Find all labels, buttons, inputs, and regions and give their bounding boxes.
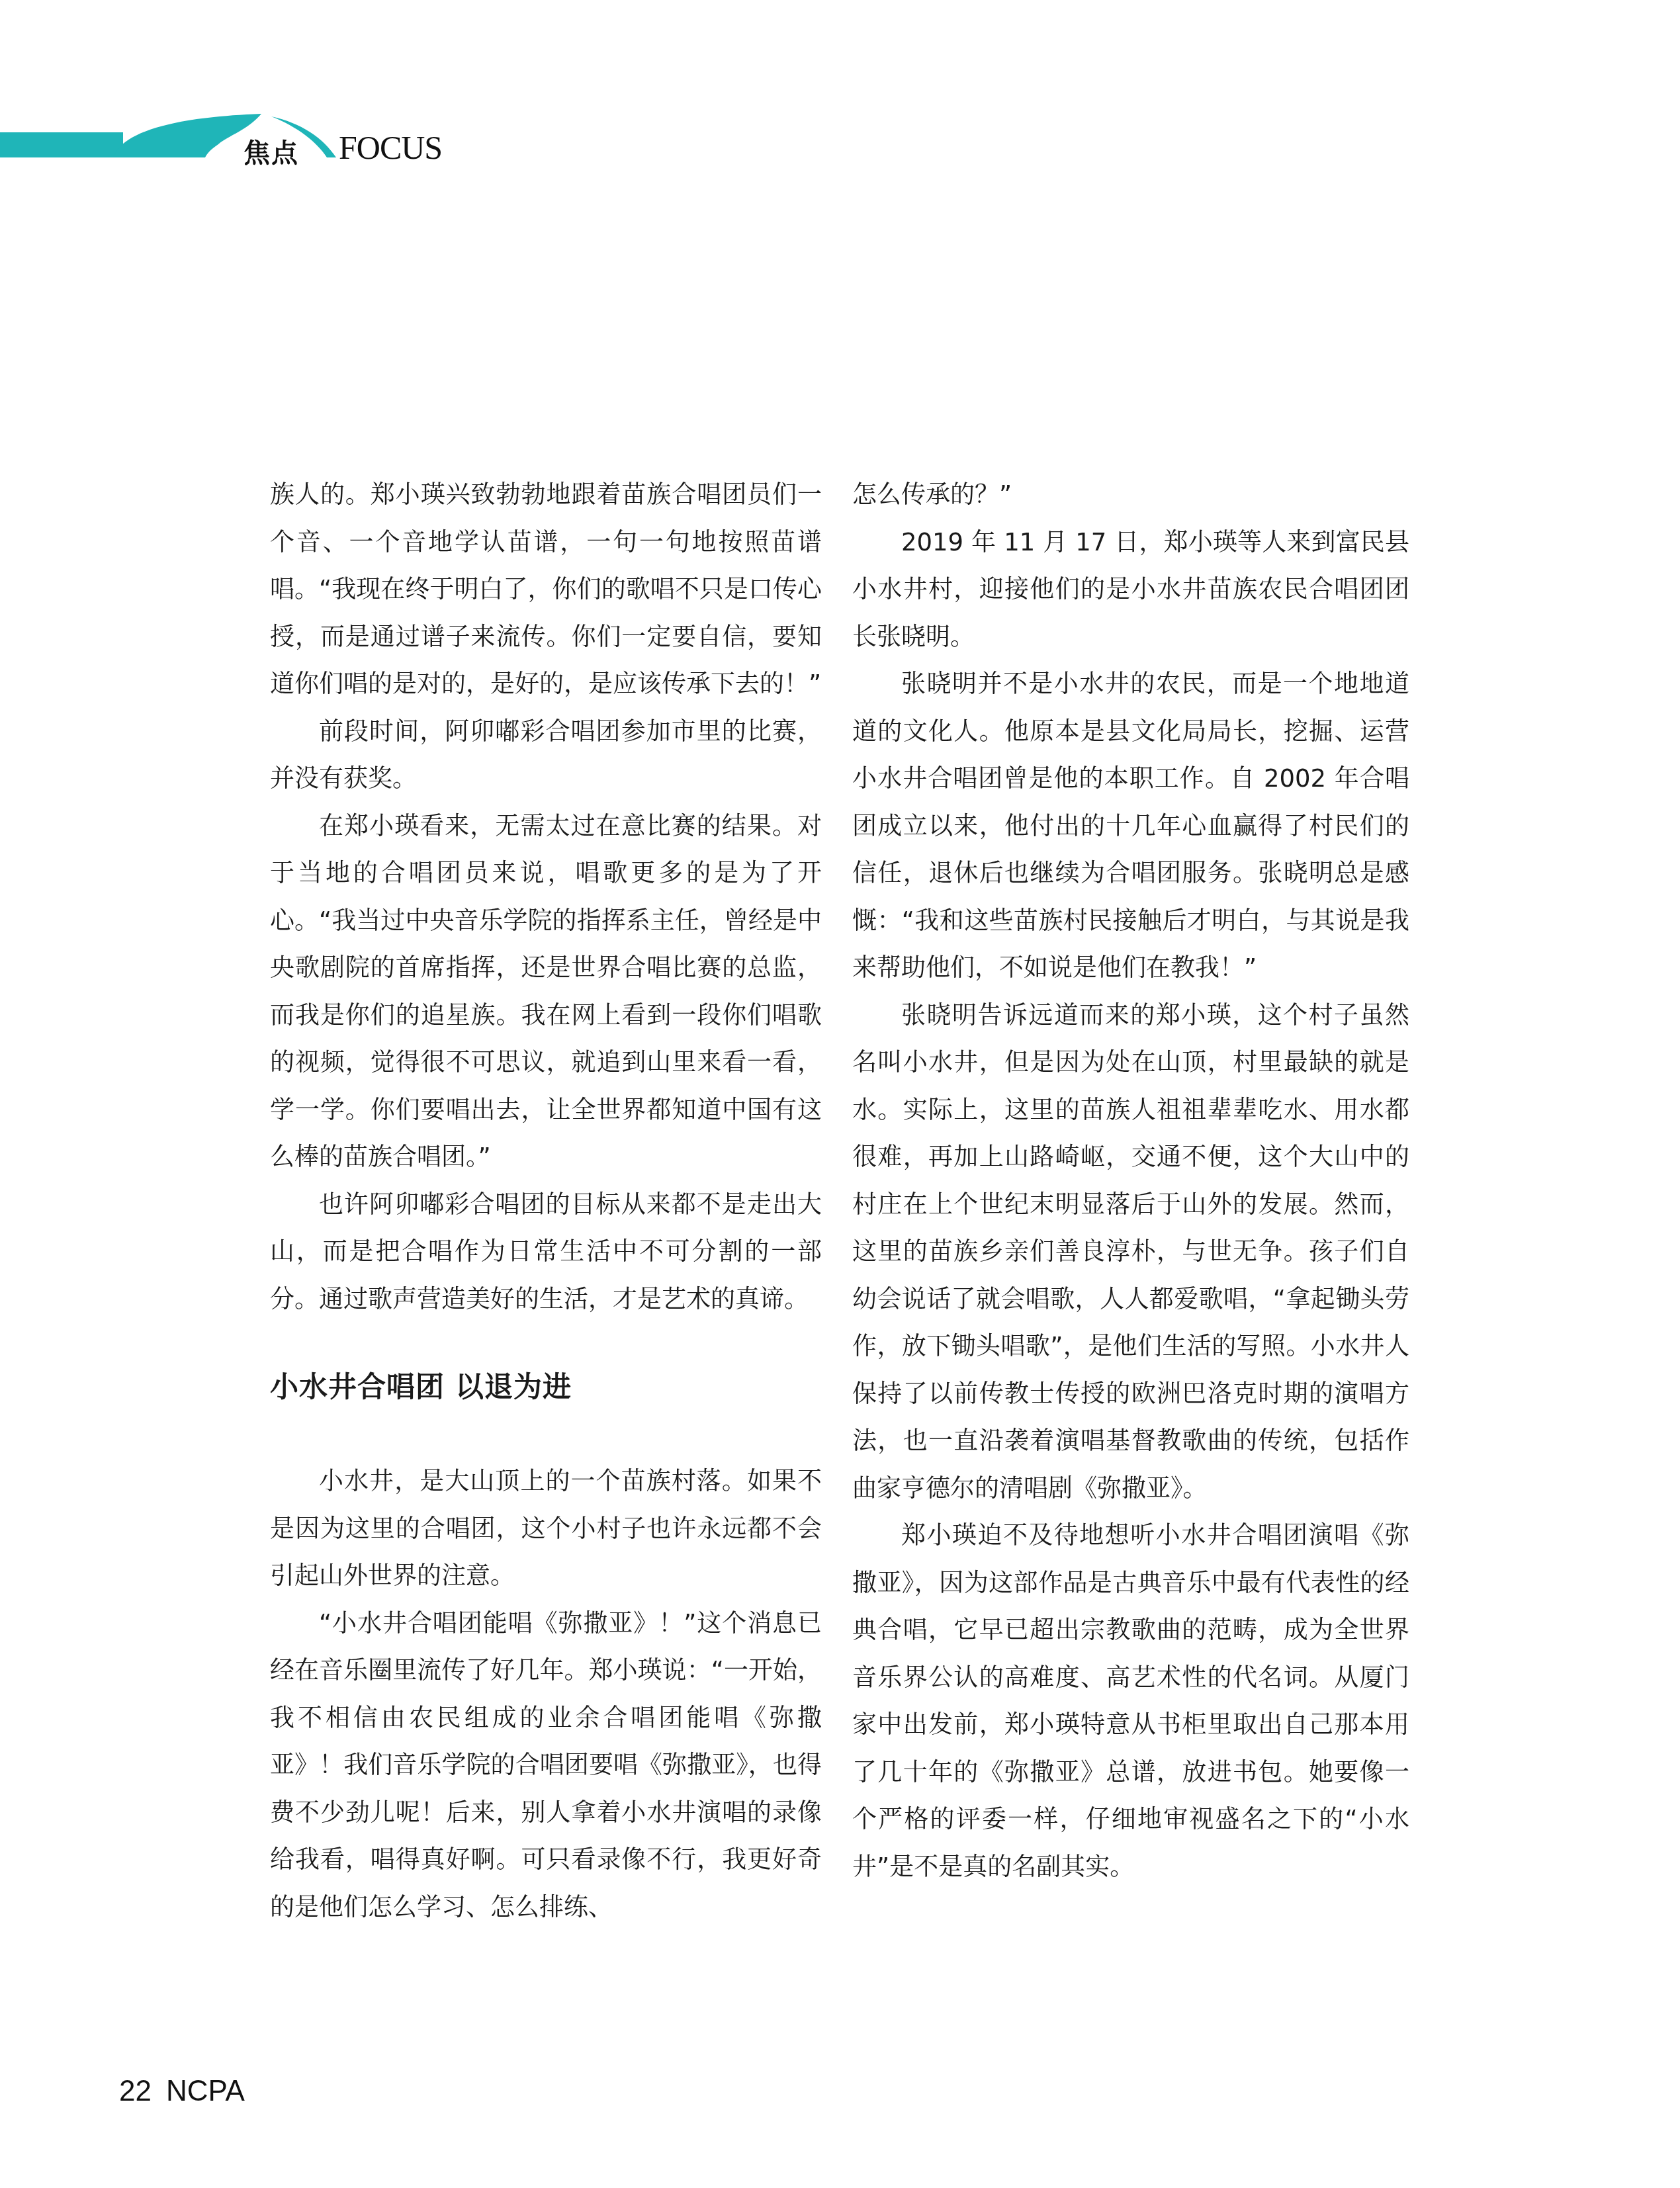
section-header: 焦点 FOCUS xyxy=(0,106,476,172)
article-column-left: 族人的。郑小瑛兴致勃勃地跟着苗族合唱团员们一个音、一个音地学认苗谱，一句一句地按… xyxy=(270,471,822,1931)
article-column-right: 怎么传承的？” 2019 年 11 月 17 日，郑小瑛等人来到富民县小水井村，… xyxy=(852,471,1409,1890)
paragraph: 族人的。郑小瑛兴致勃勃地跟着苗族合唱团员们一个音、一个音地学认苗谱，一句一句地按… xyxy=(270,471,822,708)
section-heading: 小水井合唱团 以退为进 xyxy=(270,1368,822,1407)
paragraph: 怎么传承的？” xyxy=(852,471,1409,519)
page-number: 22 xyxy=(119,2075,152,2107)
publication-name: NCPA xyxy=(166,2075,245,2107)
paragraph: 郑小瑛迫不及待地想听小水井合唱团演唱《弥撒亚》，因为这部作品是古典音乐中最有代表… xyxy=(852,1512,1409,1890)
paragraph: 张晓明并不是小水井的农民，而是一个地地道道的文化人。他原本是县文化局局长，挖掘、… xyxy=(852,660,1409,992)
paragraph: 小水井，是大山顶上的一个苗族村落。如果不是因为这里的合唱团，这个小村子也许永远都… xyxy=(270,1458,822,1600)
section-label-en: FOCUS xyxy=(339,128,442,167)
paragraph: 也许阿卯嘟彩合唱团的目标从来都不是走出大山，而是把合唱作为日常生活中不可分割的一… xyxy=(270,1181,822,1323)
page-footer: 22NCPA xyxy=(119,2075,245,2108)
paragraph: 张晓明告诉远道而来的郑小瑛，这个村子虽然名叫小水井，但是因为处在山顶，村里最缺的… xyxy=(852,992,1409,1512)
paragraph: 2019 年 11 月 17 日，郑小瑛等人来到富民县小水井村，迎接他们的是小水… xyxy=(852,519,1409,661)
paragraph: “小水井合唱团能唱《弥撒亚》！”这个消息已经在音乐圈里流传了好几年。郑小瑛说：“… xyxy=(270,1600,822,1931)
section-label-cn: 焦点 xyxy=(243,132,299,170)
paragraph: 在郑小瑛看来，无需太过在意比赛的结果。对于当地的合唱团员来说，唱歌更多的是为了开… xyxy=(270,803,822,1181)
paragraph: 前段时间，阿卯嘟彩合唱团参加市里的比赛，并没有获奖。 xyxy=(270,708,822,803)
